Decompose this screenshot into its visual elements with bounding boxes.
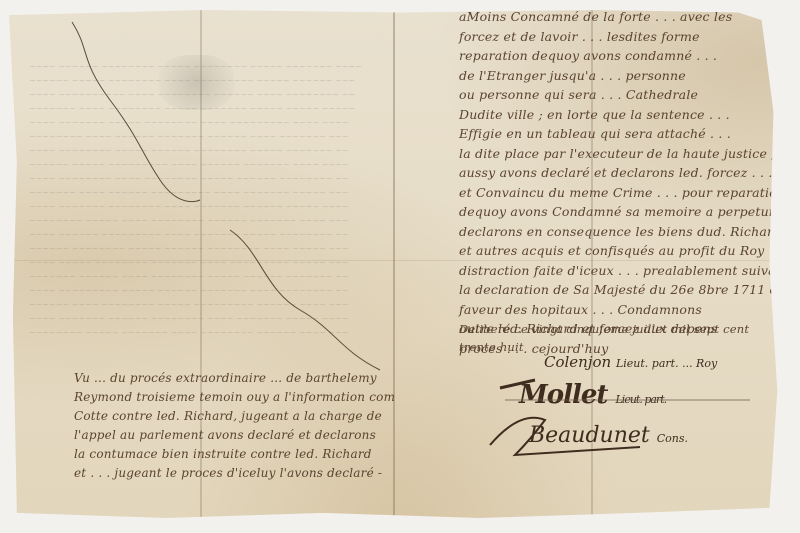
diagonal-cancel-line-icon	[72, 22, 200, 202]
diagonal-cancel-line-icon	[230, 230, 380, 370]
signature-flourish-icon	[490, 418, 640, 455]
pen-strokes	[0, 0, 800, 533]
